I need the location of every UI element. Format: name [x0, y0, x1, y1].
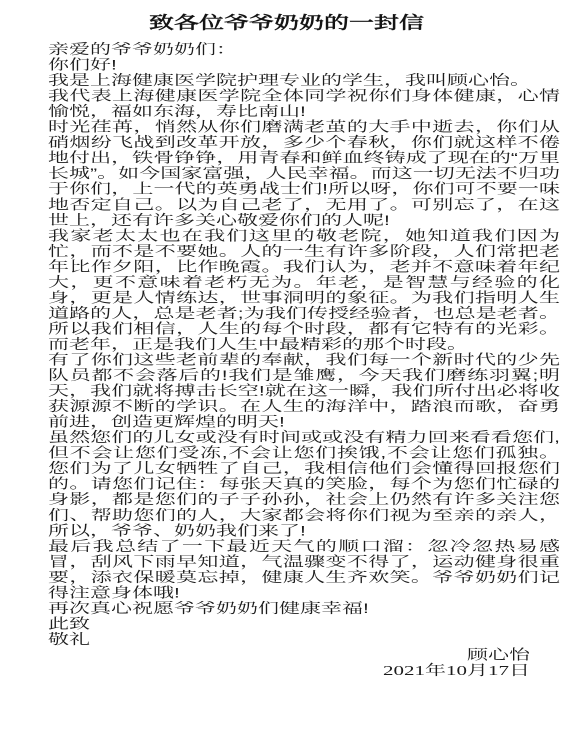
signature-name: 顾心怡 [48, 647, 530, 663]
letter-paragraph: 我家老太太也在我们这里的敬老院，她知道我们因为忙，而不是不要她。人的一生有许多阶… [48, 228, 560, 352]
letter-paragraph: 我代表上海健康医学院全体同学祝你们身体健康，心情愉悦，福如东海，寿比南山! [48, 88, 560, 119]
letter-paragraph: 最后我总结了一下最近天气的顺口溜：忽冷忽热易感冒，刮风下雨早知道，气温骤变不得了… [48, 539, 560, 601]
signature-block: 顾心怡 2021年10月17日 [48, 647, 560, 678]
letter-page: 致各位爷爷奶奶的一封信 亲爱的爷爷奶奶们： 你们好! 我是上海健康医学院护理专业… [0, 0, 573, 741]
letter-paragraph: 有了你们这些老前辈的奉献，我们每一个新时代的少先队员都不会落后的!我们是雏鹰，今… [48, 352, 560, 430]
closing-line-cizhi: 此致 [48, 616, 560, 632]
letter-paragraph: 我是上海健康医学院护理专业的学生，我叫顾心怡。 [48, 73, 560, 89]
letter-paragraph: 虽然您们的儿女或没有时间或或没有精力回来看看您们,但不会让您们受冻,不会让您们挨… [48, 430, 560, 539]
letter-title: 致各位爷爷奶奶的一封信 [0, 0, 573, 34]
letter-paragraph: 再次真心祝愿爷爷奶奶们健康幸福! [48, 601, 560, 617]
closing-line-jingli: 敬礼 [48, 632, 560, 648]
letter-paragraph: 时光荏苒，悄然从你们磨满老茧的大手中逝去，你们从硝烟纷飞战到改革开放，多少个春秋… [48, 119, 560, 228]
letter-paragraphs: 我是上海健康医学院护理专业的学生，我叫顾心怡。我代表上海健康医学院全体同学祝你们… [48, 73, 560, 616]
letter-greeting: 你们好! [48, 57, 560, 73]
letter-body: 亲爱的爷爷奶奶们： 你们好! 我是上海健康医学院护理专业的学生，我叫顾心怡。我代… [48, 42, 560, 679]
signature-date: 2021年10月17日 [48, 663, 530, 679]
letter-salutation: 亲爱的爷爷奶奶们： [48, 42, 560, 58]
